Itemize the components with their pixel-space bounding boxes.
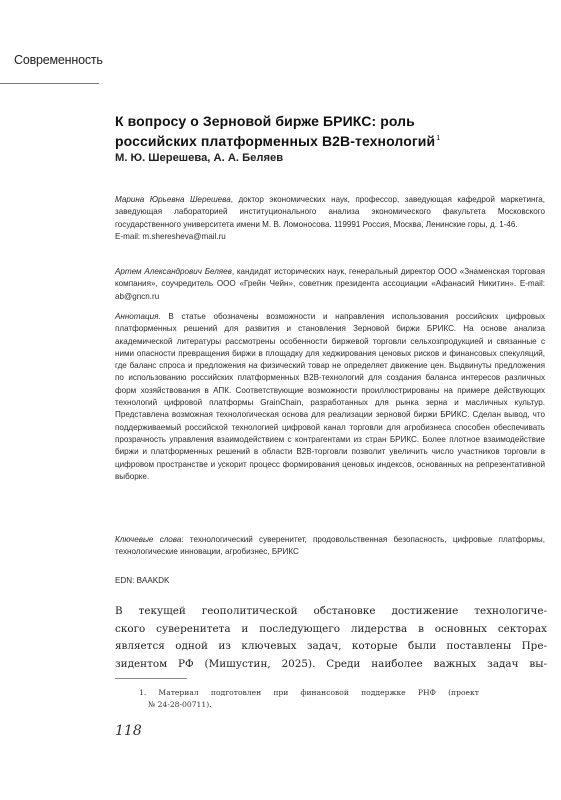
footnote-divider	[115, 678, 187, 679]
title-footnote-mark[interactable]: 1	[436, 135, 440, 142]
page-number: 118	[115, 723, 142, 739]
body-line: зидентом РФ (Мишустин, 2025). Среди наиб…	[115, 656, 547, 674]
footnote-line: № 24-28-00711).	[139, 699, 479, 711]
body-line: ского суверенитета и последующего лидерс…	[115, 621, 547, 639]
article-title: К вопросу о Зерновой бирже БРИКС: роль р…	[115, 113, 535, 150]
keywords-label: Ключевые слова	[115, 535, 181, 544]
footnote-line: 1. Материал подготовлен при финансовой п…	[139, 687, 479, 699]
body-line: В текущей геополитической обстановке дос…	[115, 603, 547, 621]
running-section-header: Современность	[14, 53, 103, 67]
title-line-2: российских платформенных B2B-технологий	[115, 133, 435, 149]
keywords: Ключевые слова: технологический суверени…	[115, 534, 545, 559]
author-affiliation-2: Артем Александрович Беляев, кандидат ист…	[115, 266, 545, 303]
footnote: 1. Материал подготовлен при финансовой п…	[139, 687, 479, 710]
body-line: является одной из ключевых задач, которы…	[115, 638, 547, 656]
author-email[interactable]: E-mail: m.sheresheva@mail.ru	[115, 232, 226, 241]
abstract-text: . В статье обозначены возможности и напр…	[115, 312, 545, 481]
header-divider	[0, 83, 99, 84]
edn-code: EDN: BAAKDK	[115, 575, 545, 587]
abstract: Аннотация. В статье обозначены возможнос…	[115, 311, 545, 483]
body-paragraph: В текущей геополитической обстановке дос…	[115, 603, 547, 673]
author-name: Артем Александрович Беляев	[115, 267, 232, 276]
abstract-label: Аннотация	[115, 312, 158, 321]
author-name: Марина Юрьевна Шерешева	[115, 195, 231, 204]
article-authors: М. Ю. Шерешева, А. А. Беляев	[115, 152, 283, 164]
title-line-1: К вопросу о Зерновой бирже БРИКС: роль	[115, 113, 415, 129]
author-affiliation-1: Марина Юрьевна Шерешева, доктор экономич…	[115, 194, 545, 243]
